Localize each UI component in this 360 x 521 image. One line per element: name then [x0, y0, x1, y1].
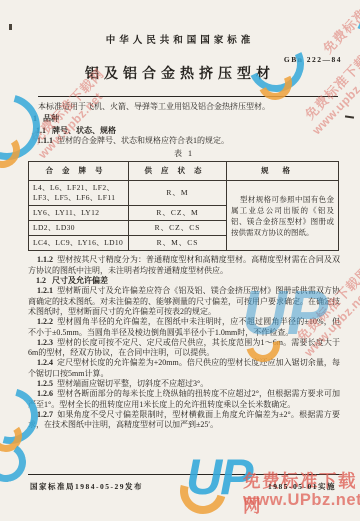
clause-1-2-7: 1.2.7如果角度不受尺寸偏差限制时，型材横截面上角度允许偏差为±2°。根据需方…	[28, 410, 340, 431]
clause-number: 1.1.1	[37, 136, 53, 145]
table-1: 合金牌号 供应状态 规格 L4、L6、LF21、LF2、LF3、LF5、LF6、…	[28, 161, 339, 251]
alloy-cell: LY6、LY11、LY12	[29, 206, 129, 221]
upbz-logo-icon	[0, 129, 23, 171]
watermark-text-topright-corner: 免费标准下载网	[318, 0, 360, 57]
scan-artifact-dash	[345, 115, 354, 118]
state-cell: R、M、CS	[129, 236, 227, 251]
state-cell: R、CZ、CS	[129, 221, 227, 236]
alloy-cell: L4、L6、LF21、LF2、LF3、LF5、LF6、LF11	[29, 181, 129, 206]
upbz-logo-icon	[340, 0, 360, 36]
clause-text: 如果角度不受尺寸偏差限制时，型材横截面上角度允许偏差为±2°。根据需方要求，在技…	[28, 410, 340, 429]
table-header-row: 合金牌号 供应状态 规格	[29, 162, 339, 181]
state-cell: R、M	[129, 181, 227, 206]
clause-number: 1.2.4	[37, 358, 53, 367]
clause-text: 型材各断面部分的每米长度上绕纵轴的扭转度不应超过2°，但根据需方要求可加严至1°…	[28, 389, 340, 408]
section-number: 1	[33, 114, 37, 123]
clause-number: 1.2.2	[37, 317, 53, 326]
state-cell: R、CZ、M	[129, 206, 227, 221]
issue-date: 国家标准局1984-05-29发布	[30, 481, 143, 492]
table-row: L4、L6、LF21、LF2、LF3、LF5、LF6、LF11 R、M 型材规格…	[29, 181, 339, 206]
upbz-logo-icon	[0, 439, 29, 485]
watermark-site-name: 免费标准下载网	[318, 0, 360, 57]
clause-1-2-6: 1.2.6型材各断面部分的每米长度上绕纵轴的扭转度不应超过2°，但根据需方要求可…	[28, 389, 340, 410]
clause-number: 1.1.2	[37, 255, 53, 264]
clause-1-2-1: 1.2.1型材断面尺寸及允许偏差应符合《铝及铝、镁合金挤压型材》图册或供需双方协…	[28, 286, 340, 317]
clause-text: 型材的合金牌号、状态和规格应符合表1的规定。	[57, 136, 229, 145]
table-1-caption: 表 1	[28, 149, 340, 159]
clause-text: 定尺型材长度的允许偏差为+20mm。倍尺供应的型材长度还应加入锯切余量，每个锯切…	[28, 358, 340, 377]
section-1-heading: 1品种	[33, 114, 340, 124]
watermark-site-url-big: www.UPbz.net	[243, 491, 360, 510]
upbz-logo-big: UP	[186, 448, 251, 506]
upbz-logo-icon	[172, 460, 235, 521]
clause-text: 型材的长度可按不定尺、定尺或倍尺供应，其长度范围为1～6m。需要长度大于6m的型…	[28, 338, 340, 357]
scope-statement: 本标准适用于飞机、火箭、导弹等工业用铝及铝合金热挤压型材。	[28, 102, 340, 112]
national-standard-label: 中华人民共和国国家标准	[0, 32, 360, 46]
clause-1-2-3: 1.2.3型材的长度可按不定尺、定尺或倍尺供应，其长度范围为1～6m。需要长度大…	[28, 338, 340, 359]
footer-rule	[28, 474, 342, 475]
clause-number: 1.2.7	[37, 410, 53, 419]
clause-text: 型材端面应锯切平整，切斜度不应超过3°。	[57, 379, 208, 388]
document-body: 本标准适用于飞机、火箭、导弹等工业用铝及铝合金热挤压型材。 1品种 1.1牌号、…	[28, 102, 340, 431]
alloy-cell: LC4、LC9、LY16、LD10	[29, 236, 129, 251]
clause-number: 1.2.1	[37, 286, 53, 295]
watermark-site-name-big: 免费标准下载网	[243, 468, 360, 518]
section-title: 品种	[43, 114, 59, 123]
clause-number: 1.2.5	[37, 379, 53, 388]
section-title: 尺寸及允许偏差	[52, 276, 108, 285]
upbz-logo-icon	[0, 417, 25, 454]
section-1-2-heading: 1.2尺寸及允许偏差	[36, 276, 340, 286]
clause-1-1-2: 1.1.2型材按其尺寸精度分为：普通精度型材和高精度型材。高精度型材需在合同及双…	[28, 255, 340, 276]
scan-artifact-mark	[9, 24, 12, 30]
clause-text: 型材断面尺寸及允许偏差应符合《铝及铝、镁合金挤压型材》图册或供需双方协商确定的技…	[28, 286, 340, 316]
section-number: 1.2	[36, 276, 46, 285]
clause-1-2-2: 1.2.2型材圆角半径的允许偏差，在图纸中未注明时，应不超过圆角半径的±10%，…	[28, 317, 340, 338]
clause-1-2-5: 1.2.5型材端面应锯切平整，切斜度不应超过3°。	[28, 379, 340, 389]
column-header-state: 供应状态	[129, 162, 227, 181]
column-header-spec: 规格	[227, 162, 339, 181]
alloy-cell: LD2、LD30	[29, 221, 129, 236]
clause-number: 1.2.6	[37, 389, 53, 398]
clause-text: 型材圆角半径的允许偏差，在图纸中未注明时，应不超过圆角半径的±10%，但不小于±…	[28, 317, 340, 336]
clause-1-2-4: 1.2.4定尺型材长度的允许偏差为+20mm。倍尺供应的型材长度还应加入锯切余量…	[28, 358, 340, 379]
section-title: 牌号、状态、规格	[52, 126, 116, 135]
clause-number: 1.2.3	[37, 338, 53, 347]
clause-text: 型材按其尺寸精度分为：普通精度型材和高精度型材。高精度型材需在合同及双方协议的图…	[28, 255, 340, 274]
spec-note-cell: 型材规格可参照中国有色金属工业总公司出版的《铝及铝、镁合金挤压型材》图册或按供需…	[227, 181, 339, 251]
implementation-date: 1985-05-01实施	[268, 481, 336, 492]
header-rule	[38, 96, 338, 97]
column-header-alloy: 合金牌号	[29, 162, 129, 181]
section-number: 1.1	[36, 126, 46, 135]
section-1-1-heading: 1.1牌号、状态、规格	[36, 126, 340, 136]
document-title: 铝及铝合金热挤压型材	[0, 63, 360, 83]
scanned-standard-page: 中华人民共和国国家标准 GBn 222—84 铝及铝合金热挤压型材 本标准适用于…	[0, 0, 360, 521]
clause-1-1-1: 1.1.1型材的合金牌号、状态和规格应符合表1的规定。	[28, 136, 340, 146]
